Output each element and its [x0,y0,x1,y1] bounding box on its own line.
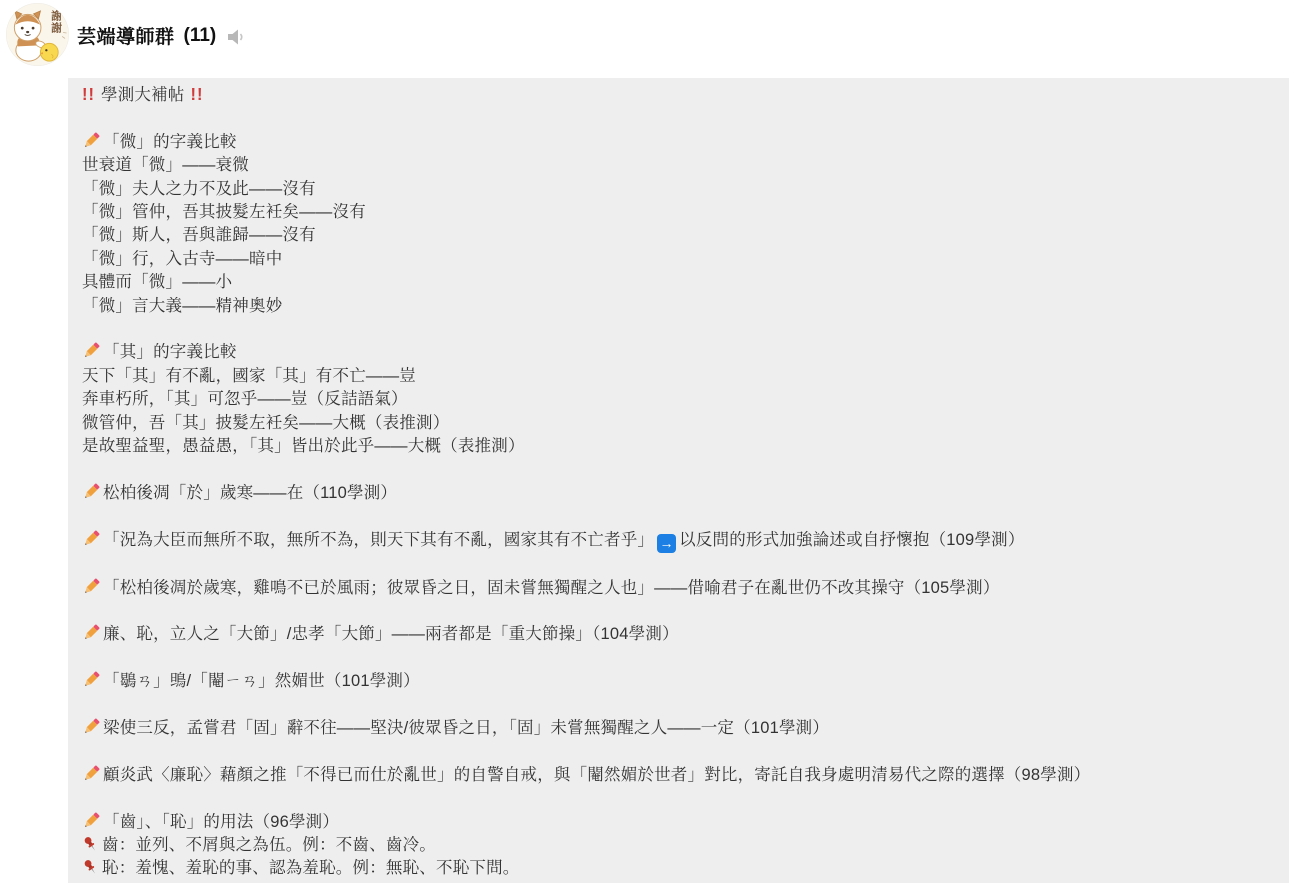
message-block: 「微」的字義比較世衰道「微」——衰微「微」夫人之力不及此——沒有「微」管仲，吾其… [82,131,1273,318]
shiba-and-chick-sticker: 謝 謝 [6,3,69,66]
message-line: 恥：羞愧、羞恥的事、認為羞恥。例：無恥、不恥下問。 [82,857,1273,880]
message-block: 「鶡ㄢ」鴠/「閹ㄧㄢ」然媚世（101學測） [82,670,1273,693]
message-block: 「松柏後凋於歲寒，雞鳴不已於風雨；彼眾昏之日，固未嘗無獨醒之人也」——借喻君子在… [82,577,1273,600]
message-line: 「微」行，入古寺——暗中 [82,248,1273,271]
message-line: 世衰道「微」——衰微 [82,154,1273,177]
message-block: 顧炎武〈廉恥〉藉顏之推「不得已而仕於亂世」的自警自戒，與「閹然媚於世者」對比，寄… [82,764,1273,787]
group-name: 芸端導師群 [77,22,175,49]
pushpin-icon [82,835,99,853]
pencil-icon [82,131,101,150]
double-exclamation-icon: !! [82,83,95,108]
text-segment: 以反問的形式加強論述或自抒懷抱（109學測） [679,531,1024,549]
message-line: 「微」的字義比較 [82,131,1273,154]
message-block: 「齒」、「恥」的用法（96學測） 齒：並列、不屑與之為伍。例：不齒、齒冷。 恥：… [82,811,1273,881]
text-segment: 是故聖益聖，愚益愚，「其」皆出於此乎——大概（表推測） [82,437,525,455]
text-segment: 「微」行，入古寺——暗中 [82,250,282,268]
chat-header: 謝 謝 芸端導師群 (11) [0,0,1306,78]
message-block: !!學測大補帖!! [82,84,1273,107]
message-line: 梁使三反，孟嘗君「固」辭不往——堅決/彼眾昏之日，「固」未嘗無獨醒之人——一定（… [82,717,1273,740]
member-count: (11) [184,25,217,47]
pushpin-icon [82,858,99,876]
message-line: 「鶡ㄢ」鴠/「閹ㄧㄢ」然媚世（101學測） [82,670,1273,693]
message-line: 「微」斯人，吾與誰歸——沒有 [82,224,1273,247]
group-title-row: 芸端導師群 (11) [77,22,247,49]
message-line: 松柏後凋「於」歲寒——在（110學測） [82,482,1273,505]
pencil-icon [82,341,101,360]
message-line: 奔車朽所，「其」可忽乎——豈（反詰語氣） [82,388,1273,411]
message-bubble: !!學測大補帖!! 「微」的字義比較世衰道「微」——衰微「微」夫人之力不及此——… [68,78,1289,883]
text-segment: 奔車朽所，「其」可忽乎——豈（反詰語氣） [82,390,408,408]
message-line: 「齒」、「恥」的用法（96學測） [82,811,1273,834]
text-segment: 「松柏後凋於歲寒，雞鳴不已於風雨；彼眾昏之日，固未嘗無獨醒之人也」——借喻君子在… [103,579,1000,597]
svg-text:謝: 謝 [51,21,62,35]
text-segment: 「況為大臣而無所不取，無所不為，則天下其有不亂，國家其有不亡者乎」 [103,531,654,549]
pencil-icon [82,670,101,689]
pencil-icon [82,623,101,642]
message-text: !!學測大補帖!! 「微」的字義比較世衰道「微」——衰微「微」夫人之力不及此——… [82,84,1273,881]
group-avatar[interactable]: 謝 謝 [6,3,69,66]
message-line: 天下「其」有不亂，國家「其」有不亡——豈 [82,365,1273,388]
text-segment: 「微」夫人之力不及此——沒有 [82,180,316,198]
message-block: 廉、恥，立人之「大節」/忠孝「大節」——兩者都是「重大節操」（104學測） [82,623,1273,646]
text-segment: 松柏後凋「於」歲寒——在（110學測） [103,484,397,502]
message-line: 齒：並列、不屑與之為伍。例：不齒、齒冷。 [82,834,1273,857]
text-segment: 梁使三反，孟嘗君「固」辭不往——堅決/彼眾昏之日，「固」未嘗無獨醒之人——一定（… [103,719,829,737]
message-block: 梁使三反，孟嘗君「固」辭不往——堅決/彼眾昏之日，「固」未嘗無獨醒之人——一定（… [82,717,1273,740]
bottom-margin [0,883,1306,889]
pencil-icon [82,764,101,783]
text-segment: 廉、恥，立人之「大節」/忠孝「大節」——兩者都是「重大節操」（104學測） [103,625,679,643]
double-exclamation-icon: !! [191,83,204,108]
message-block: 松柏後凋「於」歲寒——在（110學測） [82,482,1273,505]
message-line: 微管仲，吾「其」披髮左衽矣——大概（表推測） [82,412,1273,435]
right-arrow-icon: → [657,534,676,553]
text-segment: 「微」管仲，吾其披髮左衽矣——沒有 [82,203,366,221]
text-segment: 學測大補帖 [101,86,185,104]
pencil-icon [82,811,101,830]
message-line: 「微」管仲，吾其披髮左衽矣——沒有 [82,201,1273,224]
message-line: 「松柏後凋於歲寒，雞鳴不已於風雨；彼眾昏之日，固未嘗無獨醒之人也」——借喻君子在… [82,577,1273,600]
text-segment: 顧炎武〈廉恥〉藉顏之推「不得已而仕於亂世」的自警自戒，與「閹然媚於世者」對比，寄… [103,766,1090,784]
message-line: 「其」的字義比較 [82,341,1273,364]
message-line: 顧炎武〈廉恥〉藉顏之推「不得已而仕於亂世」的自警自戒，與「閹然媚於世者」對比，寄… [82,764,1273,787]
pencil-icon [82,482,101,501]
message-block: 「況為大臣而無所不取，無所不為，則天下其有不亂，國家其有不亡者乎」→以反問的形式… [82,529,1273,554]
text-segment: 世衰道「微」——衰微 [82,156,249,174]
text-segment: 「微」斯人，吾與誰歸——沒有 [82,226,316,244]
message-line: 是故聖益聖，愚益愚，「其」皆出於此乎——大概（表推測） [82,435,1273,458]
pencil-icon [82,529,101,548]
text-segment: 微管仲，吾「其」披髮左衽矣——大概（表推測） [82,414,449,432]
message-line: !!學測大補帖!! [82,84,1273,107]
text-segment: 「齒」、「恥」的用法（96學測） [103,813,339,831]
svg-text:謝: 謝 [51,9,62,23]
speaker-muted-icon [227,29,247,45]
message-line: 具體而「微」——小 [82,271,1273,294]
message-line: 廉、恥，立人之「大節」/忠孝「大節」——兩者都是「重大節操」（104學測） [82,623,1273,646]
message-line: 「況為大臣而無所不取，無所不為，則天下其有不亂，國家其有不亡者乎」→以反問的形式… [82,529,1273,554]
text-segment: 「其」的字義比較 [103,343,237,361]
pencil-icon [82,717,101,736]
text-segment: 「鶡ㄢ」鴠/「閹ㄧㄢ」然媚世（101學測） [103,672,420,690]
message-block: 「其」的字義比較天下「其」有不亂，國家「其」有不亡——豈奔車朽所，「其」可忽乎—… [82,341,1273,458]
text-segment: 具體而「微」——小 [82,273,232,291]
message-line: 「微」言大義——精神奧妙 [82,295,1273,318]
text-segment: 「微」言大義——精神奧妙 [82,297,282,315]
pencil-icon [82,577,101,596]
text-segment: 「微」的字義比較 [103,133,237,151]
text-segment: 恥：羞愧、羞恥的事、認為羞恥。例：無恥、不恥下問。 [102,859,520,877]
text-segment: 天下「其」有不亂，國家「其」有不亡——豈 [82,367,416,385]
text-segment: 齒：並列、不屑與之為伍。例：不齒、齒冷。 [102,836,436,854]
message-line: 「微」夫人之力不及此——沒有 [82,178,1273,201]
